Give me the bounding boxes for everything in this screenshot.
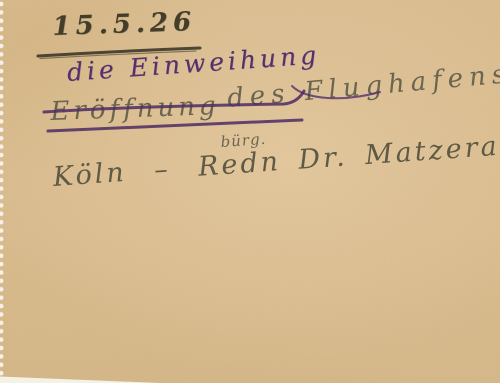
dash: – bbox=[153, 154, 172, 186]
note-card: 15.5.26 die Einweihung Eröffnung des Flu… bbox=[0, 0, 500, 383]
perforated-edge bbox=[0, 0, 6, 376]
scan-background: 15.5.26 die Einweihung Eröffnung des Flu… bbox=[0, 0, 500, 383]
date-text: 15.5.26 bbox=[52, 7, 197, 42]
bottom-line: Köln – Redn Dr. Matzerath bbox=[52, 128, 500, 193]
crossed-out-word: Eröffnung bbox=[50, 91, 220, 127]
place-name: Köln bbox=[52, 157, 128, 193]
